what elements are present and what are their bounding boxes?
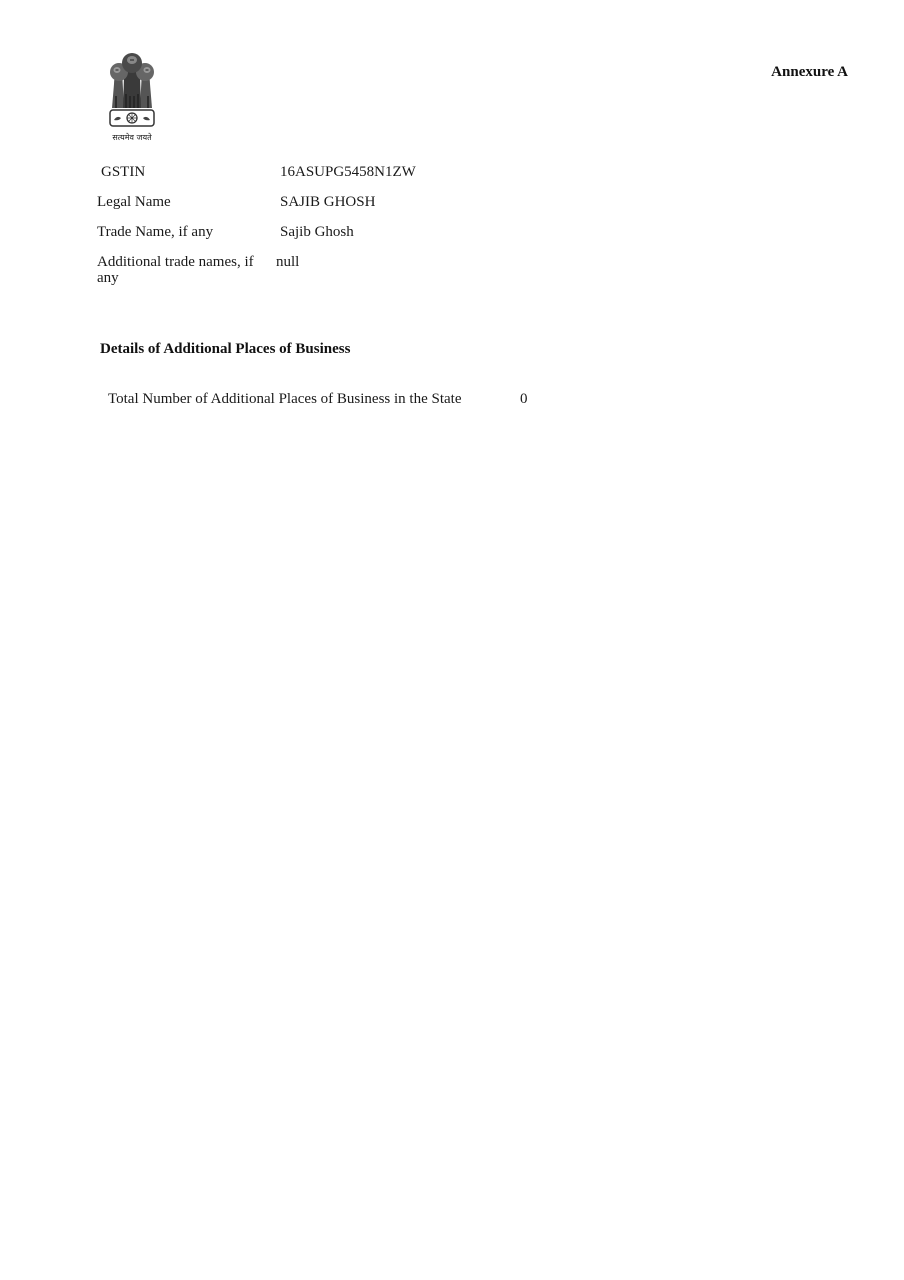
detail-row-additional-trade-names: Additional trade names, if any null <box>97 254 457 286</box>
emblem-motto: सत्यमेव जयते <box>100 132 164 143</box>
trade-name-value: Sajib Ghosh <box>280 224 457 240</box>
total-value: 0 <box>520 391 550 408</box>
detail-label: Trade Name, if any <box>97 224 280 240</box>
total-additional-places-row: Total Number of Additional Places of Bus… <box>108 391 550 408</box>
taxpayer-details: GSTIN 16ASUPG5458N1ZW Legal Name SAJIB G… <box>97 164 457 300</box>
annexure-title: Annexure A <box>771 64 848 81</box>
detail-label: Legal Name <box>97 194 280 210</box>
detail-row-legal-name: Legal Name SAJIB GHOSH <box>97 194 457 210</box>
gstin-value: 16ASUPG5458N1ZW <box>280 164 457 180</box>
total-label: Total Number of Additional Places of Bus… <box>108 391 520 408</box>
section-heading: Details of Additional Places of Business <box>100 341 350 358</box>
national-emblem-icon <box>100 48 164 132</box>
detail-label: Additional trade names, if any <box>97 254 257 286</box>
national-emblem: सत्यमेव जयते <box>100 48 164 146</box>
additional-trade-names-value: null <box>276 254 457 270</box>
detail-label: GSTIN <box>97 164 280 180</box>
detail-row-gstin: GSTIN 16ASUPG5458N1ZW <box>97 164 457 180</box>
legal-name-value: SAJIB GHOSH <box>280 194 457 210</box>
detail-row-trade-name: Trade Name, if any Sajib Ghosh <box>97 224 457 240</box>
